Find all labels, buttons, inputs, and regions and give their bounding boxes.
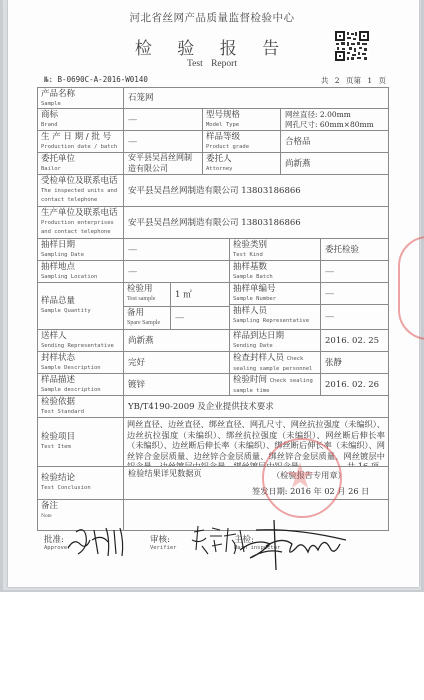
- spare-sample-label: 备用 Spare Sample: [123, 306, 171, 330]
- sample-desc1-label: 封样状态 Sample Description: [37, 351, 124, 374]
- approver-signature: [64, 520, 134, 560]
- report-number: №: B-0690C-A-2016-W0140: [44, 75, 148, 84]
- sample-quantity-label: 样品总量 Sample Quantity: [37, 282, 124, 330]
- test-standard-value: YB/T4190-2009 及企业提供技术要求: [123, 395, 389, 418]
- bailor-value: 安平县吴昌丝网制造有限公司: [123, 152, 203, 175]
- test-conclusion-label: 检验结论 Test Conclusion: [37, 466, 124, 500]
- spare-sample-value: ------: [170, 306, 230, 330]
- sending-rep-value: 尚新燕: [123, 329, 230, 352]
- check-time-label: 检验时间 Check sealing sample time: [229, 373, 321, 396]
- sampling-rep-label: 抽样人员 Sampling Representative: [229, 304, 321, 330]
- sampling-date-label: 抽样日期 Sampling Date: [37, 238, 124, 261]
- sample-number-value: ------: [320, 282, 389, 305]
- sending-date-label: 样品到达日期 Sending Date: [229, 329, 321, 352]
- check-sealing-value: 张静: [320, 351, 389, 374]
- test-kind-value: 委托检验: [320, 238, 389, 261]
- brand-value: ------: [123, 108, 203, 131]
- check-time-value: 2016. 02. 26: [320, 373, 389, 396]
- production-enterprise-label: 生产单位及联系电话 Production enterprises and con…: [37, 206, 124, 239]
- sampling-rep-value: ------: [320, 304, 389, 330]
- sample-desc2-label: 样品描述 Sample description: [37, 373, 124, 396]
- test-item-value: 网丝直径、边丝直径、绑丝直径、网孔尺寸、网丝抗拉强度（未编织）、边丝抗拉强度（未…: [123, 417, 389, 467]
- sample-desc1-value: 完好: [123, 351, 230, 374]
- brand-label: 商标 Brand: [37, 108, 124, 131]
- test-kind-label: 检验类别 Test Kind: [229, 238, 321, 261]
- sending-rep-label: 送样人 Sending Representative: [37, 329, 124, 352]
- bailor-label: 委托单位 Bailor: [37, 152, 124, 175]
- sample-batch-value: ------: [320, 260, 389, 283]
- edge-seal-stamp: [398, 236, 424, 340]
- production-enterprise-value: 安平县吴昌丝网制造有限公司 13803186866: [123, 206, 389, 239]
- test-item-label: 检验项目 Test Item: [37, 417, 124, 467]
- organization-name: 河北省丝网产品质量监督检验中心: [0, 10, 424, 25]
- attorney-value: 尚新燕: [280, 152, 389, 175]
- sample-value: 石笼网: [123, 87, 389, 109]
- model-label: 型号规格 Model Type: [202, 108, 281, 131]
- check-sealing-label: 检查封样人员 Check sealing sample personnel: [229, 351, 321, 374]
- verifier-field: 审核: Verifier: [150, 533, 177, 551]
- product-grade-label: 样品等级 Product grade: [202, 130, 281, 153]
- sample-number-label: 抽样单编号 Sample Number: [229, 282, 321, 305]
- model-value: 网丝直径: 2.00mm 网孔尺寸: 60mm×80mm: [280, 108, 389, 131]
- test-conclusion-value: 检验结果详见数据页 （检验报告专用章） 签发日期: 2016 年 02 月 26…: [123, 466, 389, 500]
- product-grade-value: 合格品: [280, 130, 389, 153]
- sampling-location-label: 抽样地点 Sampling Location: [37, 260, 124, 283]
- qr-code-icon: [335, 31, 369, 61]
- sample-batch-label: 抽样基数 Sample Batch: [229, 260, 321, 283]
- inspector-signature: [236, 500, 346, 575]
- test-sample-value: 1 ㎡: [170, 282, 230, 307]
- sending-date-value: 2016. 02. 25: [320, 329, 389, 352]
- attorney-label: 委托人 Attorney: [202, 152, 281, 175]
- sample-label: 产品名称 Sample: [37, 87, 124, 109]
- test-standard-label: 检验依据 Test Standard: [37, 395, 124, 418]
- inspected-units-label: 受检单位及联系电话 The inspected units and contac…: [37, 174, 124, 207]
- page-count: 共 2 页第 1 页: [300, 75, 386, 86]
- production-date-value: ------: [123, 130, 203, 153]
- sample-desc2-value: 镀锌: [123, 373, 230, 396]
- production-date-label: 生 产 日 期 / 批 号 Production date / batch: [37, 130, 124, 153]
- sampling-date-value: ------: [123, 238, 230, 261]
- inspected-units-value: 安平县吴昌丝网制造有限公司 13803186866: [123, 174, 389, 207]
- test-sample-label: 检验用 Test sample: [123, 282, 171, 307]
- sampling-location-value: ------: [123, 260, 230, 283]
